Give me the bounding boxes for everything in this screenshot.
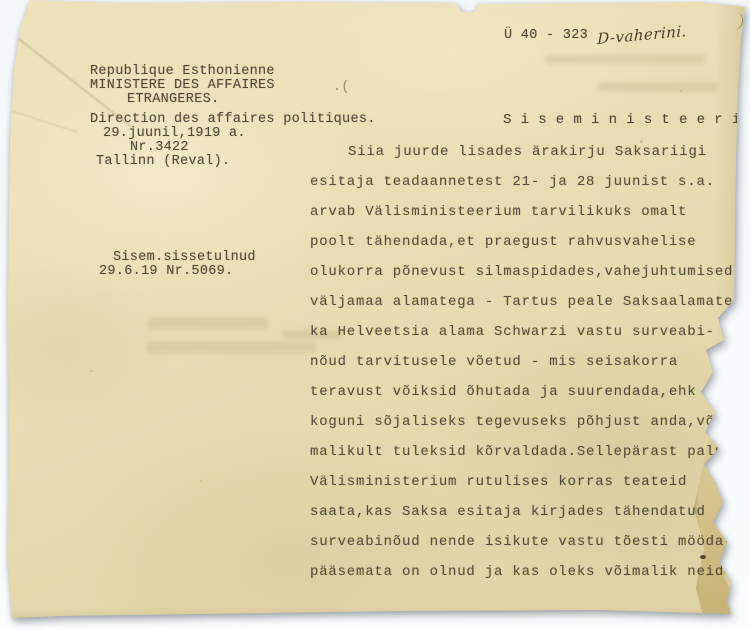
body-line: malikult tuleksid kõrvaldada.Sellepärast…: [310, 437, 745, 467]
edge-shading: [0, 607, 750, 621]
reference-number: Ü 40 - 323: [504, 28, 588, 43]
scan-background: Ü 40 - 323 D-vaherini. Republique Esthon…: [0, 0, 750, 629]
body-line: poolt tähendada,et praegust rahvusvaheli…: [310, 227, 745, 257]
body-line: Välisministerium rutulises korras teatei…: [310, 467, 745, 497]
bleed-through-text: [545, 55, 705, 64]
paper-speck: [90, 370, 93, 372]
crease-line: [0, 104, 78, 133]
body-line: esitaja teadaannetest 21- ja 28 juunist …: [310, 167, 745, 197]
letterhead-place: Tallinn (Reval).: [96, 154, 230, 169]
registration-note-line1: Sisem.sissetulnud: [113, 250, 256, 265]
paper-speck: [680, 90, 682, 92]
body-line: väljamaa alamatega - Tartus peale Saksaa…: [310, 287, 745, 317]
body-line: nõud tarvitusele võetud - mis seisakorra: [310, 347, 745, 377]
body-line: teravust võiksid õhutada ja suurendada,e…: [310, 377, 745, 407]
letterhead-number: Nr.3422: [130, 140, 189, 155]
letter-body: Siia juurde lisades ärakirju Saksariigie…: [310, 137, 745, 587]
body-line: koguni sõjaliseks tegevuseks põhjust and…: [310, 407, 745, 437]
body-line: pääsemata on olnud ja kas oleks võimalik…: [310, 557, 745, 587]
recipient-heading: S i s e m i n i s t e e r i u m: [503, 112, 750, 128]
document-paper: Ü 40 - 323 D-vaherini. Republique Esthon…: [0, 0, 750, 629]
body-line: Siia juurde lisades ärakirju Saksariigi: [310, 137, 745, 167]
letterhead-ministry-line1: MINISTERE DES AFFAIRES: [90, 78, 275, 93]
letterhead-ministry-line2: ETRANGERES.: [127, 92, 219, 107]
letterhead-country: Republique Esthonienne: [90, 64, 275, 79]
letterhead-department: Direction des affaires politiques.: [90, 112, 376, 127]
edge-ink-mark: [8, 34, 13, 61]
bleed-through-text: [148, 318, 268, 329]
body-line: ka Helveetsia alama Schwarzi vastu surve…: [310, 317, 745, 347]
letterhead-date: 29.juunil,1919 a.: [103, 126, 246, 141]
registration-note-line2: 29.6.19 Nr.5069.: [99, 264, 233, 279]
body-line: surveabinõud nende isikute vastu tõesti …: [310, 527, 745, 557]
bleed-through-text: [598, 82, 718, 91]
body-line: arvab Välisministeerium tarvilikuks omal…: [310, 197, 745, 227]
paper-shadow: Ü 40 - 323 D-vaherini. Republique Esthon…: [0, 0, 750, 629]
paper-speck: [200, 480, 202, 482]
stray-typed-mark: .(: [333, 80, 350, 95]
bleed-through-text: [146, 342, 316, 353]
body-line: saata,kas Saksa esitaja kirjades tähenda…: [310, 497, 745, 527]
body-line: olukorra põnevust silmaspidades,vahejuht…: [310, 257, 745, 287]
handwritten-annotation: D-vaherini.: [597, 22, 687, 48]
